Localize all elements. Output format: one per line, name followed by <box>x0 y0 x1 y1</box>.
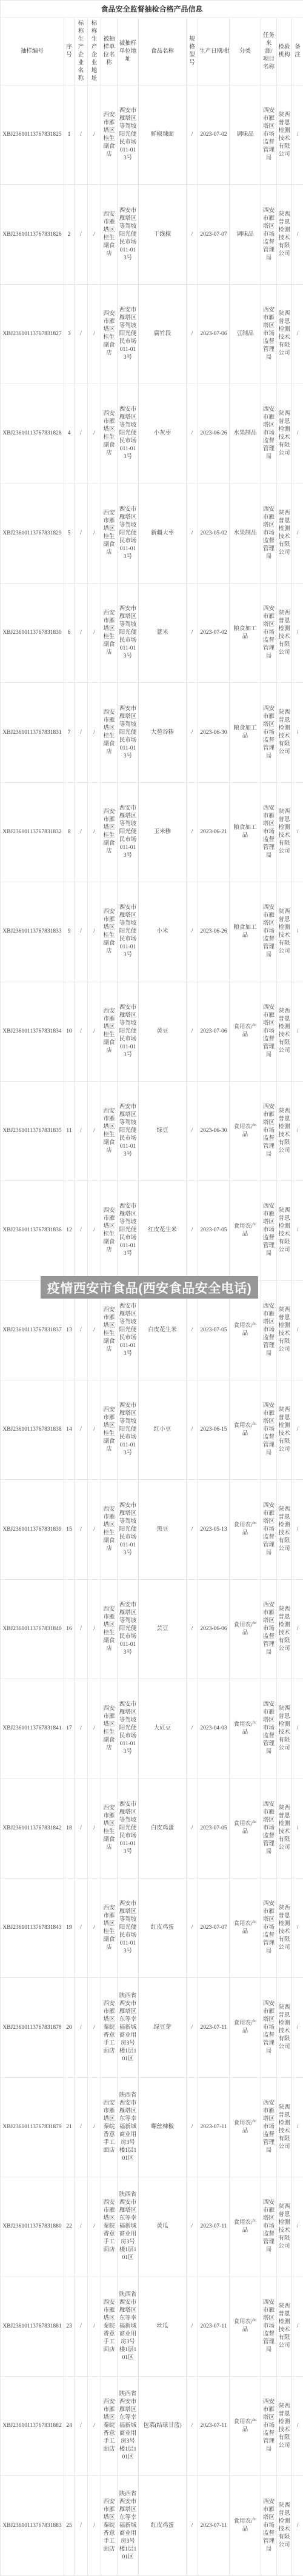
cell-sampled-unit-name: 西安市雁塔区桂生副食店 <box>101 1879 118 1978</box>
cell-production-date: 2023-06-26 <box>198 882 230 982</box>
cell-manufacturer-name: / <box>75 2476 88 2575</box>
cell-category: 食用农产品 <box>230 1081 261 1180</box>
cell-index: 4 <box>64 384 75 484</box>
cell-inspection-agency: 陕西普恩检测技术有限公司 <box>277 1779 292 1878</box>
cell-food-name: 丝瓜 <box>139 2277 187 2376</box>
cell-task-source: 西安市雁塔区市场监督管理局 <box>261 1280 277 1380</box>
cell-manufacturer-name: / <box>75 284 88 384</box>
cell-manufacturer-address: / <box>88 1480 101 1579</box>
cell-sampled-unit-address: 西安市雁塔区等驾坡阳光便民市场011-013号 <box>118 1280 139 1380</box>
table-row: XBJ236101137678318328//西安市雁塔区桂生副食店西安市雁塔区… <box>1 782 303 882</box>
cell-index: 11 <box>64 1081 75 1180</box>
cell-food-name: 绿豆芽 <box>139 1978 187 2077</box>
cell-category: 水果制品 <box>230 484 261 583</box>
cell-category: 食用农产品 <box>230 1679 261 1779</box>
cell-task-source: 西安市雁塔区市场监督管理局 <box>261 1579 277 1679</box>
cell-sampled-unit-address: 西安市雁塔区等驾坡阳光便民市场011-013号 <box>118 1181 139 1280</box>
cell-manufacturer-name: / <box>75 1380 88 1480</box>
column-header-inspection-agency: 检验机构 <box>277 18 292 85</box>
cell-spec-model: / <box>187 1879 198 1978</box>
cell-task-source: 西安市雁塔区市场监督管理局 <box>261 1779 277 1878</box>
cell-manufacturer-address: / <box>88 1978 101 2077</box>
table-body: XBJ236101137678318251//西安市雁塔区桂生副食店西安市雁塔区… <box>1 85 303 2576</box>
cell-sampled-unit-name: 西安市雁塔区桂生副食店 <box>101 1480 118 1579</box>
cell-food-name: 小米 <box>139 882 187 982</box>
table-row: XBJ236101137678318306//西安市雁塔区桂生副食店西安市雁塔区… <box>1 583 303 682</box>
cell-inspection-agency: 陕西普恩检测技术有限公司 <box>277 384 292 484</box>
cell-production-date: 2023-07-11 <box>198 2077 230 2177</box>
cell-sample-no: XBJ23610113767831838 <box>1 1380 64 1480</box>
cell-manufacturer-name: / <box>75 1480 88 1579</box>
cell-task-source: 西安市雁塔区市场监督管理局 <box>261 1081 277 1180</box>
cell-manufacturer-name: / <box>75 782 88 882</box>
cell-manufacturer-address: / <box>88 2077 101 2177</box>
cell-food-name: 芸豆 <box>139 1579 187 1679</box>
table-row: XBJ236101137678318295//西安市雁塔区桂生副食店西安市雁塔区… <box>1 484 303 583</box>
cell-production-date: 2023-05-13 <box>198 1480 230 1579</box>
cell-sampled-unit-address: 西安市雁塔区等驾坡阳光便民市场011-013号 <box>118 1380 139 1480</box>
cell-task-source: 西安市雁塔区市场监督管理局 <box>261 1480 277 1579</box>
cell-spec-model: / <box>187 1081 198 1180</box>
cell-sampled-unit-address: 西安市雁塔区等驾坡阳光便民市场011-013号 <box>118 1081 139 1180</box>
cell-task-source: 西安市雁塔区市场监督管理局 <box>261 2277 277 2376</box>
cell-remark: / <box>292 882 303 982</box>
cell-sampled-unit-address: 西安市雁塔区等驾坡阳光便民市场011-013号 <box>118 683 139 782</box>
cell-production-date: 2023-07-05 <box>198 1181 230 1280</box>
cell-manufacturer-address: / <box>88 2476 101 2575</box>
cell-category: 食用农产品 <box>230 2277 261 2376</box>
table-row: XBJ2361011376783188224//西安市雁塔区秦皖香意手工面店陕西… <box>1 2376 303 2475</box>
cell-sampled-unit-address: 西安市雁塔区等驾坡阳光便民市场011-013号 <box>118 85 139 185</box>
cell-manufacturer-address: / <box>88 185 101 284</box>
cell-manufacturer-address: / <box>88 2376 101 2475</box>
cell-remark: / <box>292 1879 303 1978</box>
cell-index: 7 <box>64 683 75 782</box>
cell-manufacturer-name: / <box>75 1181 88 1280</box>
cell-task-source: 西安市雁塔区市场监督管理局 <box>261 1679 277 1779</box>
cell-inspection-agency: 陕西普恩检测技术有限公司 <box>277 583 292 682</box>
cell-sample-no: XBJ23610113767831834 <box>1 982 64 1081</box>
cell-category: 食用农产品 <box>230 2077 261 2177</box>
cell-food-name: 大苞谷糁 <box>139 683 187 782</box>
cell-production-date: 2023-06-21 <box>198 782 230 882</box>
cell-production-date: 2023-07-06 <box>198 284 230 384</box>
cell-sampled-unit-address: 西安市雁塔区等驾坡阳光便民市场011-013号 <box>118 1679 139 1779</box>
cell-category: 食用农产品 <box>230 1380 261 1480</box>
cell-sampled-unit-address: 陕西省西安市雁塔区东等幸福新城商业用房3号楼1层101区 <box>118 1978 139 2077</box>
cell-manufacturer-address: / <box>88 1579 101 1679</box>
column-header-sampled-unit-name: 被抽样单位名称 <box>101 18 118 85</box>
cell-manufacturer-address: / <box>88 982 101 1081</box>
cell-sampled-unit-address: 西安市雁塔区等驾坡阳光便民市场011-013号 <box>118 583 139 682</box>
header-row: 抽样编号序号标称生产企业名称标称生产企业地址被抽样单位名称被抽样单位地址食品名称… <box>1 18 303 85</box>
cell-index: 12 <box>64 1181 75 1280</box>
table-row: XBJ236101137678318262//西安市雁塔区桂生副食店西安市雁塔区… <box>1 185 303 284</box>
cell-manufacturer-name: / <box>75 1579 88 1679</box>
cell-sample-no: XBJ23610113767831879 <box>1 2077 64 2177</box>
cell-category: 调味品 <box>230 85 261 185</box>
cell-sample-no: XBJ23610113767831830 <box>1 583 64 682</box>
cell-spec-model: / <box>187 1181 198 1280</box>
table-row: XBJ2361011376783184117//西安市雁塔区桂生副食店西安市雁塔… <box>1 1679 303 1779</box>
cell-task-source: 西安市雁塔区市场监督管理局 <box>261 1380 277 1480</box>
cell-manufacturer-name: / <box>75 484 88 583</box>
cell-spec-model: / <box>187 1380 198 1480</box>
cell-task-source: 西安市雁塔区市场监督管理局 <box>261 1879 277 1978</box>
cell-sampled-unit-name: 西安市雁塔区桂生副食店 <box>101 284 118 384</box>
cell-spec-model: / <box>187 882 198 982</box>
cell-sampled-unit-name: 西安市雁塔区桂生副食店 <box>101 1280 118 1380</box>
cell-index: 6 <box>64 583 75 682</box>
cell-production-date: 2023-06-30 <box>198 683 230 782</box>
cell-category: 食用农产品 <box>230 2177 261 2277</box>
cell-category: 食用农产品 <box>230 1181 261 1280</box>
cell-inspection-agency: 陕西普恩检测技术有限公司 <box>277 882 292 982</box>
cell-sampled-unit-address: 西安市雁塔区等驾坡阳光便民市场011-013号 <box>118 484 139 583</box>
cell-sampled-unit-address: 西安市雁塔区等驾坡阳光便民市场011-013号 <box>118 1579 139 1679</box>
cell-manufacturer-address: / <box>88 1779 101 1878</box>
cell-sampled-unit-address: 西安市雁塔区等驾坡阳光便民市场011-013号 <box>118 982 139 1081</box>
cell-index: 13 <box>64 1280 75 1380</box>
cell-category: 食用农产品 <box>230 1779 261 1878</box>
cell-index: 3 <box>64 284 75 384</box>
cell-production-date: 2023-07-11 <box>198 1978 230 2077</box>
cell-manufacturer-name: / <box>75 2077 88 2177</box>
cell-manufacturer-address: / <box>88 1879 101 1978</box>
cell-manufacturer-address: / <box>88 782 101 882</box>
cell-sampled-unit-name: 西安市雁塔区秦皖香意手工面店 <box>101 2177 118 2277</box>
cell-production-date: 2023-06-30 <box>198 1081 230 1180</box>
cell-manufacturer-address: / <box>88 882 101 982</box>
column-header-food-name: 食品名称 <box>139 18 187 85</box>
cell-index: 10 <box>64 982 75 1081</box>
cell-production-date: 2023-07-06 <box>198 982 230 1081</box>
cell-manufacturer-address: / <box>88 1380 101 1480</box>
cell-index: 25 <box>64 2476 75 2575</box>
cell-index: 2 <box>64 185 75 284</box>
cell-task-source: 西安市雁塔区市场监督管理局 <box>261 2077 277 2177</box>
cell-spec-model: / <box>187 1679 198 1779</box>
cell-task-source: 西安市雁塔区市场监督管理局 <box>261 85 277 185</box>
table-row: XBJ2361011376783183511//西安市雁塔区桂生副食店西安市雁塔… <box>1 1081 303 1180</box>
cell-sample-no: XBJ23610113767831883 <box>1 2476 64 2575</box>
cell-manufacturer-name: / <box>75 2376 88 2475</box>
cell-manufacturer-address: / <box>88 284 101 384</box>
cell-sampled-unit-address: 西安市雁塔区等驾坡阳光便民市场011-013号 <box>118 882 139 982</box>
cell-inspection-agency: 陕西普恩检测技术有限公司 <box>277 185 292 284</box>
cell-sample-no: XBJ23610113767831843 <box>1 1879 64 1978</box>
cell-remark: / <box>292 1280 303 1380</box>
cell-food-name: 白皮鸡蛋 <box>139 1779 187 1878</box>
cell-spec-model: / <box>187 1280 198 1380</box>
cell-remark: / <box>292 2077 303 2177</box>
cell-sample-no: XBJ23610113767831882 <box>1 2376 64 2475</box>
cell-sampled-unit-address: 陕西省西安市雁塔区东等幸福新城商业用房3号楼1层101区 <box>118 2177 139 2277</box>
cell-food-name: 红皮鸡蛋 <box>139 1879 187 1978</box>
cell-sampled-unit-name: 西安市雁塔区桂生副食店 <box>101 1380 118 1480</box>
cell-sampled-unit-name: 西安市雁塔区桂生副食店 <box>101 1679 118 1779</box>
cell-index: 21 <box>64 2077 75 2177</box>
cell-production-date: 2023-07-11 <box>198 2177 230 2277</box>
table-row: XBJ2361011376783183915//西安市雁塔区桂生副食店西安市雁塔… <box>1 1480 303 1579</box>
cell-manufacturer-address: / <box>88 2277 101 2376</box>
cell-task-source: 西安市雁塔区市场监督管理局 <box>261 1978 277 2077</box>
cell-task-source: 西安市雁塔区市场监督管理局 <box>261 1181 277 1280</box>
cell-remark: / <box>292 683 303 782</box>
cell-sampled-unit-name: 西安市雁塔区桂生副食店 <box>101 1081 118 1180</box>
cell-sample-no: XBJ23610113767831878 <box>1 1978 64 2077</box>
cell-index: 16 <box>64 1579 75 1679</box>
cell-inspection-agency: 陕西普恩检测技术有限公司 <box>277 2476 292 2575</box>
cell-task-source: 西安市雁塔区市场监督管理局 <box>261 284 277 384</box>
cell-spec-model: / <box>187 2376 198 2475</box>
cell-inspection-agency: 陕西普恩检测技术有限公司 <box>277 2177 292 2277</box>
cell-category: 粮食加工品 <box>230 882 261 982</box>
cell-production-date: 2023-07-02 <box>198 583 230 682</box>
cell-category: 粮食加工品 <box>230 583 261 682</box>
cell-production-date: 2023-04-03 <box>198 1679 230 1779</box>
table-row: XBJ2361011376783184016//西安市雁塔区桂生副食店西安市雁塔… <box>1 1579 303 1679</box>
cell-manufacturer-name: / <box>75 1879 88 1978</box>
cell-food-name: 黄瓜 <box>139 2177 187 2277</box>
cell-manufacturer-name: / <box>75 1280 88 1380</box>
cell-manufacturer-name: / <box>75 583 88 682</box>
cell-food-name: 螺丝辣椒 <box>139 2077 187 2177</box>
cell-task-source: 西安市雁塔区市场监督管理局 <box>261 2177 277 2277</box>
cell-food-name: 鲜椒辣面 <box>139 85 187 185</box>
cell-production-date: 2023-07-02 <box>198 85 230 185</box>
cell-manufacturer-name: / <box>75 1081 88 1180</box>
cell-category: 食用农产品 <box>230 1480 261 1579</box>
cell-inspection-agency: 陕西普恩检测技术有限公司 <box>277 1978 292 2077</box>
cell-sampled-unit-name: 西安市雁塔区桂生副食店 <box>101 882 118 982</box>
cell-manufacturer-address: / <box>88 1181 101 1280</box>
cell-sampled-unit-name: 西安市雁塔区桂生副食店 <box>101 384 118 484</box>
cell-production-date: 2023-05-02 <box>198 484 230 583</box>
cell-remark: / <box>292 2177 303 2277</box>
cell-sample-no: XBJ23610113767831831 <box>1 683 64 782</box>
cell-inspection-agency: 陕西普恩检测技术有限公司 <box>277 982 292 1081</box>
cell-spec-model: / <box>187 185 198 284</box>
cell-remark: / <box>292 2277 303 2376</box>
cell-sample-no: XBJ23610113767831835 <box>1 1081 64 1180</box>
cell-inspection-agency: 陕西普恩检测技术有限公司 <box>277 484 292 583</box>
column-header-spec-model: 规格型号 <box>187 18 198 85</box>
cell-manufacturer-address: / <box>88 484 101 583</box>
cell-food-name: 红皮花生米 <box>139 1181 187 1280</box>
cell-inspection-agency: 陕西普恩检测技术有限公司 <box>277 1081 292 1180</box>
cell-sampled-unit-name: 西安市雁塔区桂生副食店 <box>101 683 118 782</box>
cell-spec-model: / <box>187 1480 198 1579</box>
cell-production-date: 2023-07-11 <box>198 2376 230 2475</box>
table-row: XBJ2361011376783184319//西安市雁塔区桂生副食店西安市雁塔… <box>1 1879 303 1978</box>
cell-inspection-agency: 陕西普恩检测技术有限公司 <box>277 2077 292 2177</box>
cell-manufacturer-address: / <box>88 2177 101 2277</box>
cell-sampled-unit-address: 西安市雁塔区等驾坡阳光便民市场011-013号 <box>118 284 139 384</box>
cell-spec-model: / <box>187 1579 198 1679</box>
cell-inspection-agency: 陕西普恩检测技术有限公司 <box>277 1280 292 1380</box>
table-row: XBJ236101137678318284//西安市雁塔区桂生副食店西安市雁塔区… <box>1 384 303 484</box>
cell-inspection-agency: 陕西普恩检测技术有限公司 <box>277 782 292 882</box>
cell-index: 20 <box>64 1978 75 2077</box>
cell-sample-no: XBJ23610113767831842 <box>1 1779 64 1878</box>
cell-spec-model: / <box>187 1978 198 2077</box>
cell-category: 食用农产品 <box>230 1280 261 1380</box>
table-row: XBJ2361011376783183410//西安市雁塔区桂生副食店西安市雁塔… <box>1 982 303 1081</box>
cell-category: 粮食加工品 <box>230 782 261 882</box>
cell-manufacturer-name: / <box>75 982 88 1081</box>
cell-remark: / <box>292 2476 303 2575</box>
cell-manufacturer-address: / <box>88 683 101 782</box>
cell-food-name: 红小豆 <box>139 1380 187 1480</box>
cell-sample-no: XBJ23610113767831827 <box>1 284 64 384</box>
cell-sample-no: XBJ23610113767831825 <box>1 85 64 185</box>
column-header-task-source: 任务来源/项目名称 <box>261 18 277 85</box>
cell-production-date: 2023-06-15 <box>198 1380 230 1480</box>
table-row: XBJ2361011376783183612//西安市雁塔区桂生副食店西安市雁塔… <box>1 1181 303 1280</box>
cell-spec-model: / <box>187 982 198 1081</box>
cell-spec-model: / <box>187 2277 198 2376</box>
table-row: XBJ236101137678318339//西安市雁塔区桂生副食店西安市雁塔区… <box>1 882 303 982</box>
cell-inspection-agency: 陕西普恩检测技术有限公司 <box>277 1679 292 1779</box>
cell-sample-no: XBJ23610113767831826 <box>1 185 64 284</box>
cell-inspection-agency: 陕西普恩检测技术有限公司 <box>277 683 292 782</box>
cell-manufacturer-address: / <box>88 1081 101 1180</box>
cell-manufacturer-name: / <box>75 85 88 185</box>
cell-inspection-agency: 陕西普恩检测技术有限公司 <box>277 1380 292 1480</box>
cell-sampled-unit-name: 西安市雁塔区桂生副食店 <box>101 1579 118 1679</box>
column-header-manufacturer-address: 标称生产企业地址 <box>88 18 101 85</box>
cell-food-name: 新疆大枣 <box>139 484 187 583</box>
cell-inspection-agency: 陕西普恩检测技术有限公司 <box>277 85 292 185</box>
cell-inspection-agency: 陕西普恩检测技术有限公司 <box>277 284 292 384</box>
cell-manufacturer-name: / <box>75 384 88 484</box>
cell-sampled-unit-address: 陕西省西安市雁塔区东等幸福新城商业用房3号楼1层101区 <box>118 2376 139 2475</box>
cell-manufacturer-address: / <box>88 384 101 484</box>
table-row: XBJ236101137678318273//西安市雁塔区桂生副食店西安市雁塔区… <box>1 284 303 384</box>
cell-sampled-unit-name: 西安市雁塔区秦皖香意手工面店 <box>101 2476 118 2575</box>
cell-production-date: 2023-07-11 <box>198 2476 230 2575</box>
cell-category: 水果制品 <box>230 384 261 484</box>
cell-inspection-agency: 陕西普恩检测技术有限公司 <box>277 2376 292 2475</box>
table-row: XBJ2361011376783184218//西安市雁塔区桂生副食店西安市雁塔… <box>1 1779 303 1878</box>
cell-spec-model: / <box>187 2476 198 2575</box>
cell-task-source: 西安市雁塔区市场监督管理局 <box>261 782 277 882</box>
cell-index: 15 <box>64 1480 75 1579</box>
cell-spec-model: / <box>187 2077 198 2177</box>
table-row: XBJ2361011376783183713//西安市雁塔区桂生副食店西安市雁塔… <box>1 1280 303 1380</box>
cell-spec-model: / <box>187 683 198 782</box>
table-row: XBJ2361011376783187820//西安市雁塔区秦皖香意手工面店陕西… <box>1 1978 303 2077</box>
cell-inspection-agency: 陕西普恩检测技术有限公司 <box>277 1480 292 1579</box>
table-row: XBJ2361011376783183814//西安市雁塔区桂生副食店西安市雁塔… <box>1 1380 303 1480</box>
cell-index: 23 <box>64 2277 75 2376</box>
cell-manufacturer-name: / <box>75 2177 88 2277</box>
cell-food-name: 红皮鸡蛋 <box>139 2476 187 2575</box>
table-row: XBJ2361011376783188022//西安市雁塔区秦皖香意手工面店陕西… <box>1 2177 303 2277</box>
cell-task-source: 西安市雁塔区市场监督管理局 <box>261 583 277 682</box>
cell-sample-no: XBJ23610113767831832 <box>1 782 64 882</box>
cell-remark: / <box>292 1380 303 1480</box>
cell-sampled-unit-name: 西安市雁塔区秦皖香意手工面店 <box>101 2376 118 2475</box>
cell-remark: / <box>292 1679 303 1779</box>
products-table: 食品安全监督抽检合格产品信息 抽样编号序号标称生产企业名称标称生产企业地址被抽样… <box>0 0 303 2576</box>
cell-production-date: 2023-07-05 <box>198 1779 230 1878</box>
cell-sample-no: XBJ23610113767831841 <box>1 1679 64 1779</box>
cell-remark: / <box>292 1579 303 1679</box>
cell-sample-no: XBJ23610113767831881 <box>1 2277 64 2376</box>
cell-task-source: 西安市雁塔区市场监督管理局 <box>261 982 277 1081</box>
cell-task-source: 西安市雁塔区市场监督管理局 <box>261 683 277 782</box>
cell-sampled-unit-name: 西安市雁塔区桂生副食店 <box>101 583 118 682</box>
column-header-sampled-unit-address: 被抽样单位地址 <box>118 18 139 85</box>
cell-task-source: 西安市雁塔区市场监督管理局 <box>261 2376 277 2475</box>
cell-manufacturer-name: / <box>75 1779 88 1878</box>
column-header-remark: 备注 <box>292 18 303 85</box>
cell-category: 食用农产品 <box>230 1579 261 1679</box>
cell-sampled-unit-name: 西安市雁塔区秦皖香意手工面店 <box>101 2277 118 2376</box>
cell-food-name: 小灰枣 <box>139 384 187 484</box>
cell-category: 食用农产品 <box>230 1879 261 1978</box>
cell-remark: / <box>292 384 303 484</box>
cell-spec-model: / <box>187 1779 198 1878</box>
cell-index: 22 <box>64 2177 75 2277</box>
page-title: 食品安全监督抽检合格产品信息 <box>1 1 303 18</box>
cell-manufacturer-address: / <box>88 1679 101 1779</box>
cell-manufacturer-name: / <box>75 2277 88 2376</box>
cell-category: 食用农产品 <box>230 2476 261 2575</box>
cell-spec-model: / <box>187 384 198 484</box>
cell-sampled-unit-name: 西安市雁塔区桂生副食店 <box>101 484 118 583</box>
cell-index: 9 <box>64 882 75 982</box>
cell-sampled-unit-address: 西安市雁塔区等驾坡阳光便民市场011-013号 <box>118 384 139 484</box>
cell-inspection-agency: 陕西普恩检测技术有限公司 <box>277 1181 292 1280</box>
cell-category: 食用农产品 <box>230 2376 261 2475</box>
cell-sampled-unit-address: 西安市雁塔区等驾坡阳光便民市场011-013号 <box>118 1779 139 1878</box>
cell-inspection-agency: 陕西普恩检测技术有限公司 <box>277 1579 292 1679</box>
table-title-row: 食品安全监督抽检合格产品信息 <box>1 1 303 18</box>
cell-sampled-unit-name: 西安市雁塔区桂生副食店 <box>101 982 118 1081</box>
cell-remark: / <box>292 185 303 284</box>
cell-production-date: 2023-06-06 <box>198 1579 230 1679</box>
column-header-index: 序号 <box>64 18 75 85</box>
cell-category: 食用农产品 <box>230 982 261 1081</box>
cell-remark: / <box>292 1779 303 1878</box>
cell-index: 24 <box>64 2376 75 2475</box>
cell-sample-no: XBJ23610113767831828 <box>1 384 64 484</box>
cell-category: 食用农产品 <box>230 1978 261 2077</box>
cell-sampled-unit-name: 西安市雁塔区桂生副食店 <box>101 185 118 284</box>
cell-sampled-unit-name: 西安市雁塔区秦皖香意手工面店 <box>101 2077 118 2177</box>
cell-food-name: 薏米 <box>139 583 187 682</box>
cell-index: 18 <box>64 1779 75 1878</box>
cell-sampled-unit-name: 西安市雁塔区桂生副食店 <box>101 1181 118 1280</box>
cell-production-date: 2023-07-11 <box>198 2277 230 2376</box>
column-header-category: 分类 <box>230 18 261 85</box>
cell-food-name: 黄豆 <box>139 982 187 1081</box>
cell-sampled-unit-address: 西安市雁塔区等驾坡阳光便民市场011-013号 <box>118 185 139 284</box>
cell-food-name: 黑豆 <box>139 1480 187 1579</box>
cell-category: 调味品 <box>230 185 261 284</box>
cell-spec-model: / <box>187 583 198 682</box>
cell-sampled-unit-address: 陕西省西安市雁塔区东等幸福新城商业用房3号楼1层101区 <box>118 2077 139 2177</box>
cell-food-name: 腐竹段 <box>139 284 187 384</box>
cell-index: 14 <box>64 1380 75 1480</box>
cell-manufacturer-name: / <box>75 882 88 982</box>
cell-remark: / <box>292 782 303 882</box>
cell-sampled-unit-address: 西安市雁塔区等驾坡阳光便民市场011-013号 <box>118 1480 139 1579</box>
cell-sampled-unit-name: 西安市雁塔区秦皖香意手工面店 <box>101 1978 118 2077</box>
